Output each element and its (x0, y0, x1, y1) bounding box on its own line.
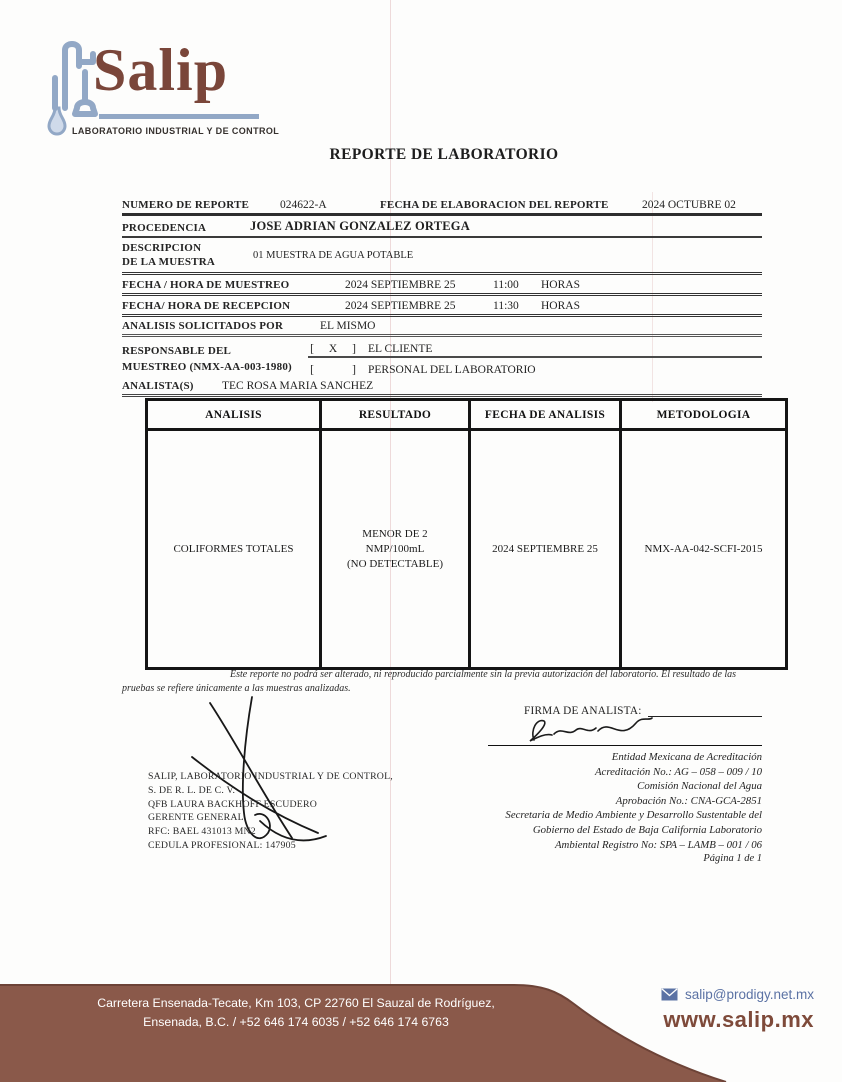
footer-address: Carretera Ensenada-Tecate, Km 103, CP 22… (36, 994, 556, 1031)
descripcion-label: DESCRIPCION DE LA MUESTRA (122, 241, 253, 269)
recepcion-date: 2024 SEPTIEMBRE 25 (345, 300, 493, 312)
company-info-block: SALIP, LABORATORIO INDUSTRIAL Y DE CONTR… (148, 770, 393, 853)
brand-name: Salip (93, 40, 228, 100)
disclaimer-text: Este reporte no podrá ser alterado, ni r… (122, 668, 768, 695)
responsable-label: RESPONSABLE DEL MUESTREO (NMX-AA-003-198… (122, 337, 308, 377)
recepcion-time: 11:30 (493, 300, 541, 312)
cell-metodologia: NMX-AA-042-SCFI-2015 (621, 430, 787, 669)
accreditation-block: Entidad Mexicana de Acreditación Acredit… (380, 750, 762, 867)
procedencia-value: JOSE ADRIAN GONZALEZ ORTEGA (250, 219, 470, 234)
logo-underline (99, 114, 259, 119)
col-resultado: RESULTADO (321, 400, 470, 430)
report-title: REPORTE DE LABORATORIO (44, 146, 842, 164)
company-line: SALIP, LABORATORIO INDUSTRIAL Y DE CONTR… (148, 770, 393, 784)
cliente-checkbox: X (316, 343, 350, 355)
field-row-recepcion: FECHA/ HORA DE RECEPCION 2024 SEPTIEMBRE… (122, 296, 762, 317)
footer-email-row: salip@prodigy.net.mx (661, 987, 814, 1002)
numero-value: 024622-A (280, 199, 380, 211)
company-line: S. DE R. L. DE C. V. (148, 784, 393, 798)
field-row-procedencia: PROCEDENCIA JOSE ADRIAN GONZALEZ ORTEGA (122, 216, 762, 238)
muestreo-label: FECHA / HORA DE MUESTREO (122, 279, 345, 291)
solicitados-value: EL MISMO (320, 320, 375, 332)
descripcion-value: 01 MUESTRA DE AGUA POTABLE (253, 250, 413, 261)
fecha-elaboracion-label: FECHA DE ELABORACION DEL REPORTE (380, 199, 642, 211)
solicitados-label: ANALISIS SOLICITADOS POR (122, 320, 320, 332)
accreditation-line: Ambiental Registro No: SPA – LAMB – 001 … (380, 838, 762, 853)
muestreo-time: 11:00 (493, 279, 541, 291)
cell-fecha-analisis: 2024 SEPTIEMBRE 25 (470, 430, 621, 669)
analista-label: ANALISTA(S) (122, 380, 222, 392)
cell-resultado: MENOR DE 2 NMP/100mL (NO DETECTABLE) (321, 430, 470, 669)
field-row-analista: ANALISTA(S) TEC ROSA MARIA SANCHEZ (122, 377, 762, 397)
accreditation-line: Aprobación No.: CNA-GCA-2851 (380, 794, 762, 809)
field-row-muestreo: FECHA / HORA DE MUESTREO 2024 SEPTIEMBRE… (122, 275, 762, 296)
field-row-solicitados: ANALISIS SOLICITADOS POR EL MISMO (122, 317, 762, 337)
envelope-icon (661, 988, 678, 1001)
analista-value: TEC ROSA MARIA SANCHEZ (222, 380, 373, 392)
recepcion-label: FECHA/ HORA DE RECEPCION (122, 300, 345, 312)
company-line: GERENTE GENERAL (148, 811, 393, 825)
recepcion-units: HORAS (541, 300, 580, 312)
company-line: CEDULA PROFESIONAL: 147905 (148, 839, 393, 853)
footer-website: www.salip.mx (663, 1007, 814, 1033)
salip-logo: Salip LABORATORIO INDUSTRIAL Y DE CONTRO… (35, 36, 295, 140)
accreditation-line: Secretaria de Medio Ambiente y Desarroll… (380, 808, 762, 823)
cell-analisis: COLIFORMES TOTALES (147, 430, 321, 669)
personal-label: PERSONAL DEL LABORATORIO (368, 364, 536, 376)
footer-address-line1: Carretera Ensenada-Tecate, Km 103, CP 22… (36, 994, 556, 1013)
cliente-label: EL CLIENTE (368, 343, 432, 355)
col-analisis: ANALISIS (147, 400, 321, 430)
procedencia-label: PROCEDENCIA (122, 222, 250, 234)
col-fecha-analisis: FECHA DE ANALISIS (470, 400, 621, 430)
company-line: QFB LAURA BACKHOFF ESCUDERO (148, 798, 393, 812)
responsable-options: [ X ] EL CLIENTE [ ] PERSONAL DEL LABORA… (308, 337, 762, 377)
col-metodologia: METODOLOGIA (621, 400, 787, 430)
table-row: COLIFORMES TOTALES MENOR DE 2 NMP/100mL … (147, 430, 787, 669)
fecha-elaboracion-value: 2024 OCTUBRE 02 (642, 199, 736, 211)
muestreo-date: 2024 SEPTIEMBRE 25 (345, 279, 493, 291)
company-line: RFC: BAEL 431013 MN2 (148, 825, 393, 839)
accreditation-line: Comisión Nacional del Agua (380, 779, 762, 794)
signature-rule-line (488, 745, 762, 746)
field-row-descripcion: DESCRIPCION DE LA MUESTRA 01 MUESTRA DE … (122, 238, 762, 275)
firma-blank-line (648, 704, 762, 717)
numero-label: NUMERO DE REPORTE (122, 199, 280, 211)
results-table: ANALISIS RESULTADO FECHA DE ANALISIS MET… (145, 398, 788, 670)
accreditation-line: Gobierno del Estado de Baja California L… (380, 823, 762, 838)
field-row-numero: NUMERO DE REPORTE 024622-A FECHA DE ELAB… (122, 197, 762, 216)
lab-report-page: Salip LABORATORIO INDUSTRIAL Y DE CONTRO… (0, 0, 842, 1082)
accreditation-line: Acreditación No.: AG – 058 – 009 / 10 (380, 765, 762, 780)
field-row-responsable: RESPONSABLE DEL MUESTREO (NMX-AA-003-198… (122, 337, 762, 377)
accreditation-line: Entidad Mexicana de Acreditación (380, 750, 762, 765)
muestreo-units: HORAS (541, 279, 580, 291)
option-personal: [ ] PERSONAL DEL LABORATORIO (308, 358, 762, 377)
report-header-fields: NUMERO DE REPORTE 024622-A FECHA DE ELAB… (122, 197, 762, 397)
footer-address-line2: Ensenada, B.C. / +52 646 174 6035 / +52 … (36, 1013, 556, 1032)
footer-email: salip@prodigy.net.mx (685, 987, 814, 1002)
results-header-row: ANALISIS RESULTADO FECHA DE ANALISIS MET… (147, 400, 787, 430)
page-number: Página 1 de 1 (380, 852, 762, 867)
option-cliente: [ X ] EL CLIENTE (308, 337, 762, 358)
brand-subtitle: LABORATORIO INDUSTRIAL Y DE CONTROL (72, 126, 279, 136)
